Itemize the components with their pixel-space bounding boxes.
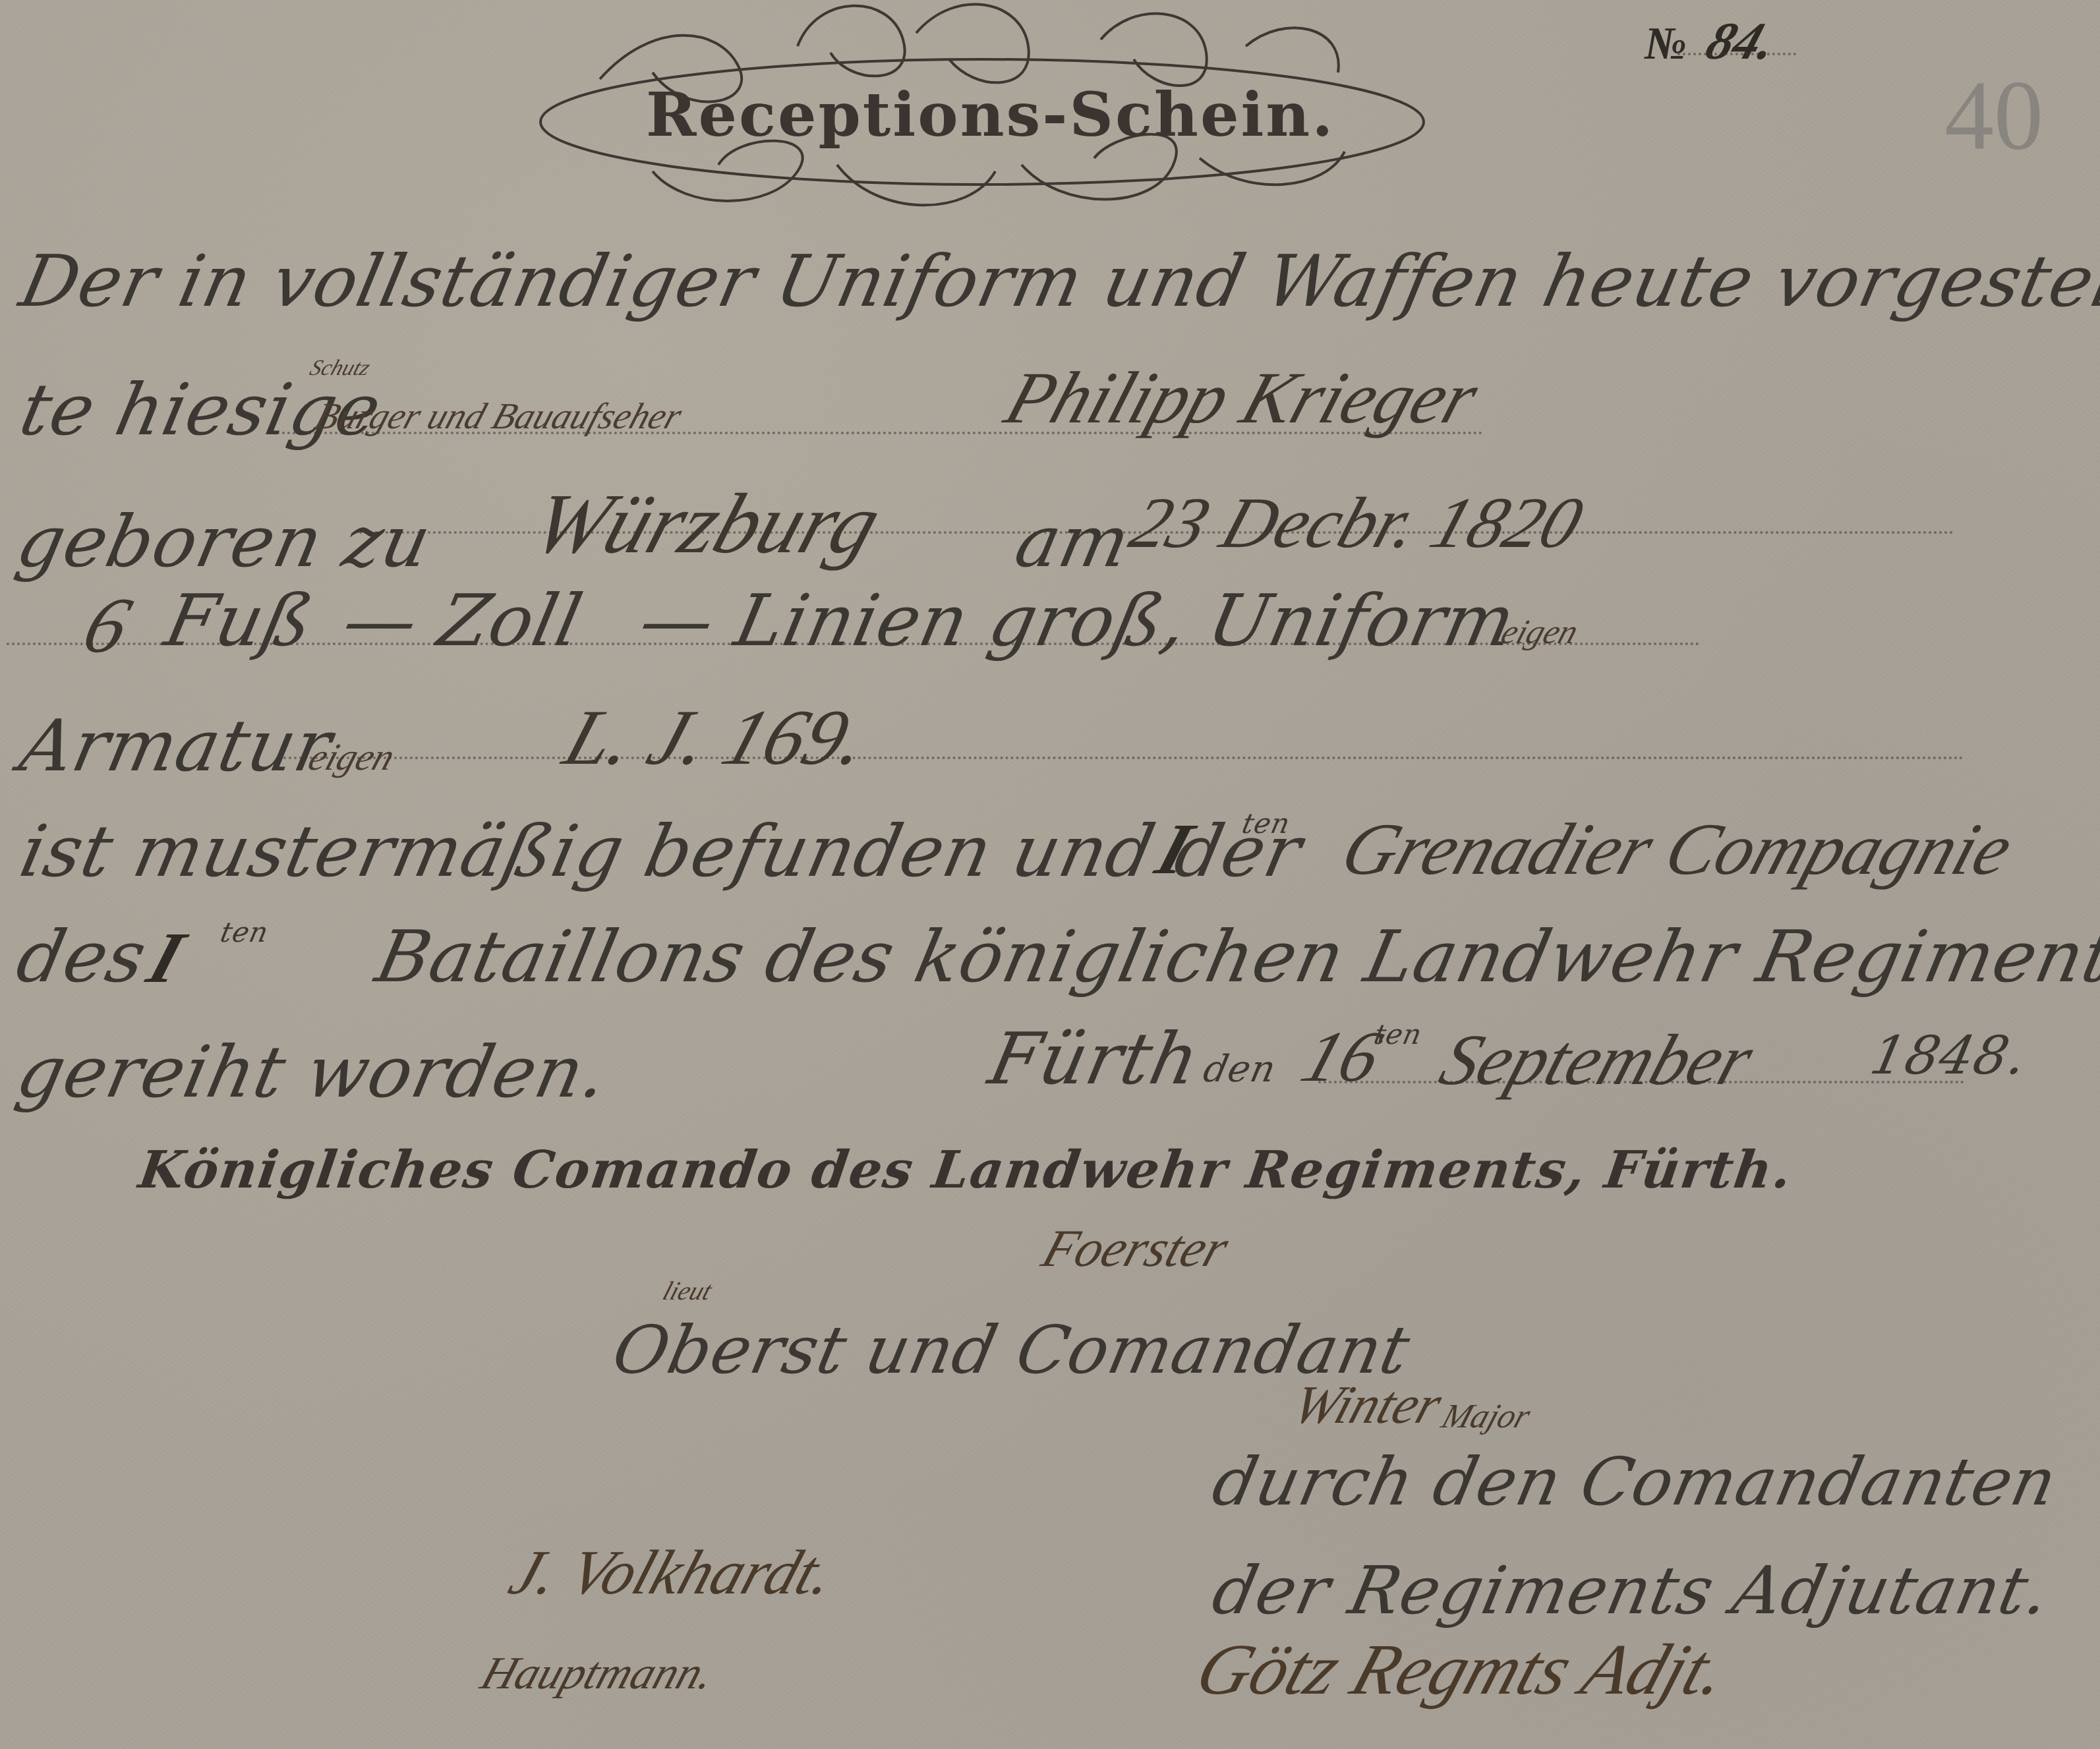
major-title: Major: [1437, 1397, 1535, 1436]
line-1-text: Der in vollständiger Uniform und Waffen …: [13, 241, 2100, 323]
adjutant-signature: Götz Regmts Adjt.: [1186, 1628, 1738, 1711]
line-8-den: den: [1200, 1048, 1280, 1091]
line-4-linien: — Linien groß, Uniform: [633, 580, 1523, 662]
line-7-sup: ten: [218, 916, 272, 948]
line-8-month: September: [1430, 1018, 1764, 1102]
line-3-date: 23 Decbr. 1820: [1121, 481, 1592, 565]
number-label: №: [1645, 18, 1687, 69]
line-6-company: Grenadier Compagnie: [1331, 807, 2023, 892]
line-8-text: gereiht worden.: [10, 1031, 615, 1114]
line-5-dotted: [283, 757, 1964, 759]
line-4-fuss: Fuß: [158, 580, 320, 662]
line-6-text: ist mustermäßig befunden und der: [13, 811, 1309, 893]
line-3-dotted: [359, 531, 1954, 534]
major-name: Winter: [1285, 1374, 1449, 1436]
line-8-dotted: [1318, 1081, 1964, 1083]
line-3-am: am: [1008, 501, 1137, 583]
line-8-sup: ten: [1371, 1018, 1425, 1050]
line-5-armatur: Armatur: [13, 705, 339, 788]
document-number: № 84.: [1645, 12, 1765, 72]
line-3-place: Würzburg: [521, 474, 892, 573]
captain-title: Hauptmann.: [475, 1648, 721, 1700]
line-4-dotted: [7, 643, 1701, 645]
line-3-prefix: geboren zu: [10, 501, 438, 583]
through-commander-line: durch den Comandanten: [1206, 1443, 2064, 1520]
line-2-insert-above: Schutz: [306, 356, 373, 381]
line-8-place: Fürth: [982, 1018, 1207, 1101]
authority-line: Königliches Comando des Landwehr Regimen…: [135, 1140, 1797, 1200]
line-7-text: Bataillons des königlichen Landwehr Regi…: [369, 916, 2100, 998]
line-2-name: Philipp Krieger: [995, 356, 1488, 441]
line-6-sup: ten: [1239, 807, 1293, 840]
commander-title: Oberst und Comandant: [606, 1311, 1417, 1389]
adjutant-line: der Regiments Adjutant.: [1206, 1552, 2057, 1629]
line-7-des: des: [10, 916, 154, 998]
pencil-mark: 40: [1944, 59, 2043, 173]
line-4-zoll: — Zoll: [336, 580, 589, 662]
line-5-code: L. J. 169.: [554, 692, 880, 783]
captain-signature: J. Volkhardt.: [501, 1535, 844, 1609]
line-4-uniform-value: eigen: [1496, 613, 1583, 652]
line-2-dotted: [277, 432, 1483, 434]
document-title: Receptions-Schein.: [646, 79, 1335, 150]
commander-signature: Foerster: [1035, 1219, 1236, 1279]
number-dotted-line: [1677, 53, 1796, 55]
line-8-year: 1848.: [1865, 1025, 2033, 1086]
